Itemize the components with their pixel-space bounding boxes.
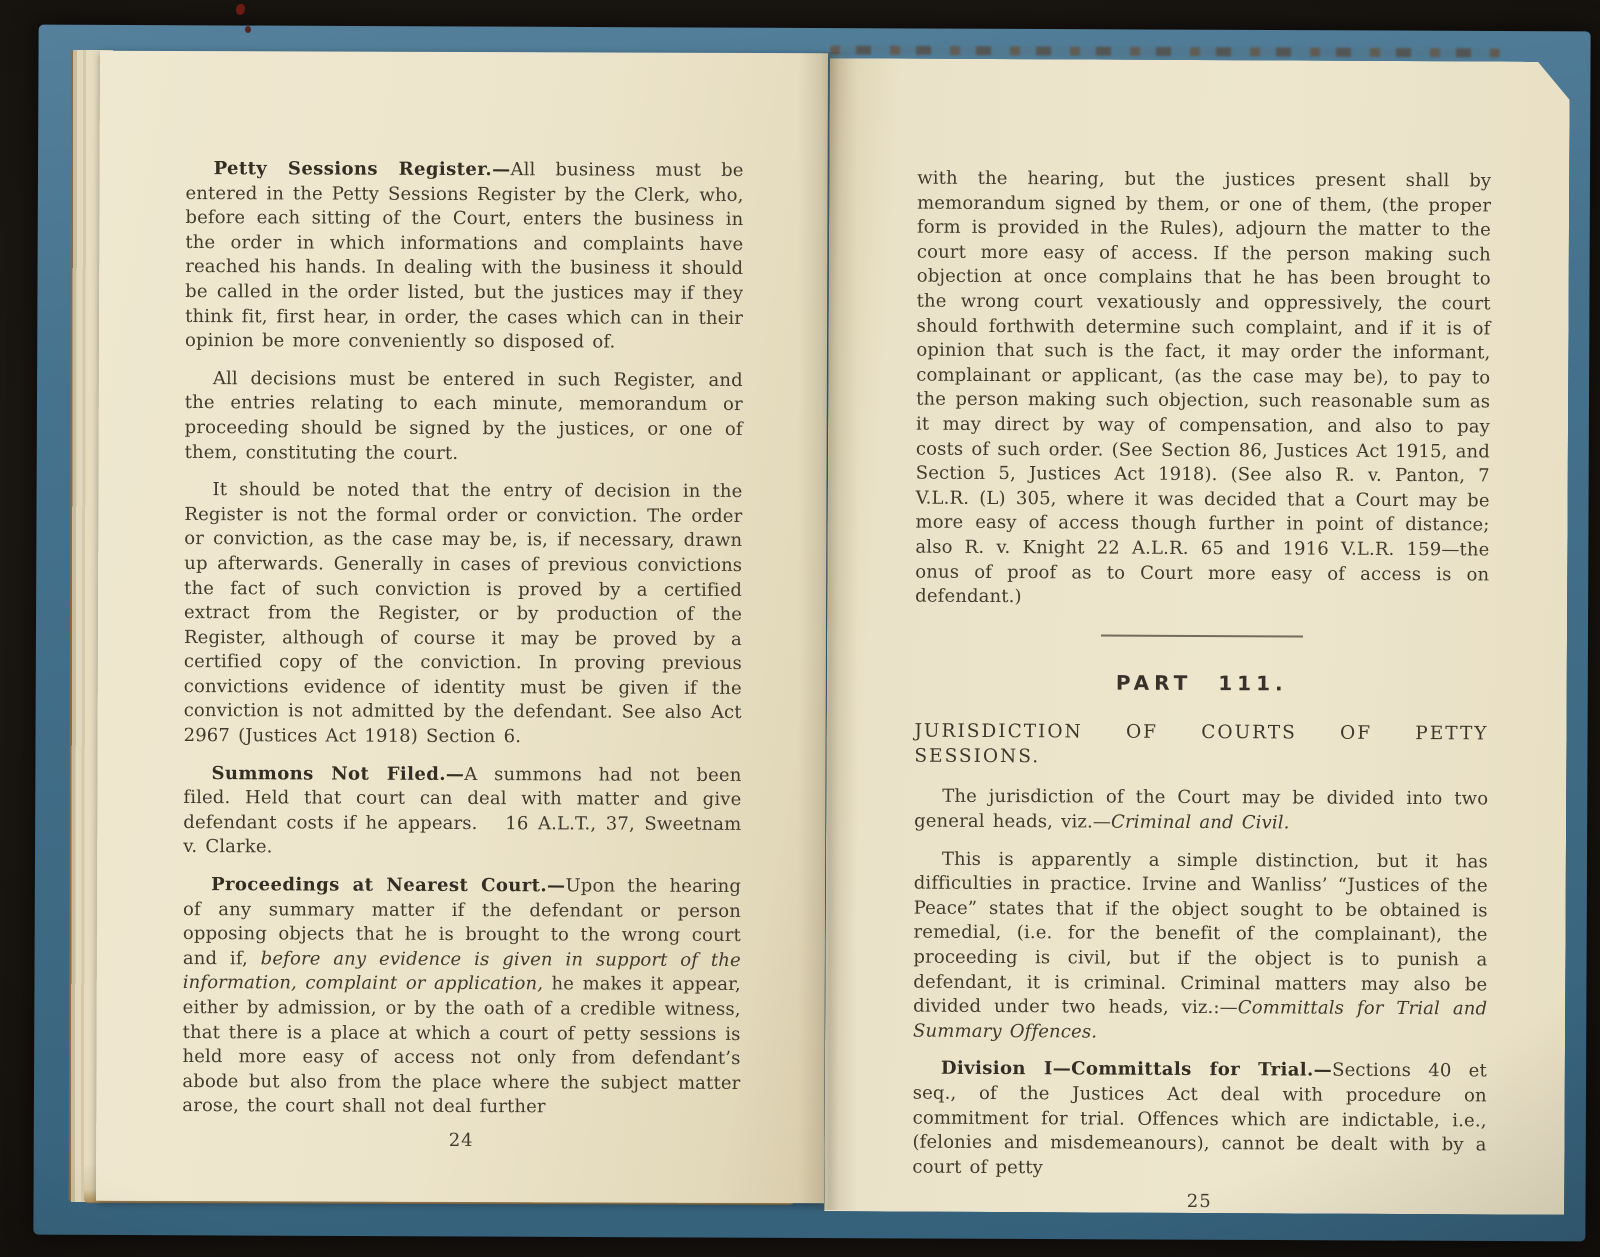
paragraph-lead-bold: Summons Not Filed.— <box>211 763 464 785</box>
paragraph-continuation-nearest-court: with the hearing, but the justices prese… <box>915 167 1491 612</box>
red-stain-speck <box>236 4 245 15</box>
paragraph-petty-sessions-register: Petty Sessions Register.—All business mu… <box>185 157 744 356</box>
paragraph-lead-bold: Division I—Committals for Trial.— <box>941 1058 1332 1081</box>
paragraph-body: All decisions must be entered in such Re… <box>185 368 743 464</box>
paragraph-summons-not-filed: Summons Not Filed.—A summons had not bee… <box>183 762 741 862</box>
red-stain-speck <box>245 26 251 33</box>
paragraph-lead-bold: Proceedings at Nearest Court.— <box>211 874 565 896</box>
gutter-shadow <box>798 52 858 1210</box>
paragraph-simple-distinction: This is apparently a simple distinction,… <box>913 847 1488 1047</box>
paragraph-division-committals: Division I—Committals for Trial.—Section… <box>912 1057 1487 1183</box>
paragraph-italic-phrase: Criminal and Civil. <box>1111 812 1290 834</box>
paragraph-lead-bold: Petty Sessions Register.— <box>214 158 511 180</box>
right-page: with the hearing, but the justices prese… <box>824 58 1570 1215</box>
paragraph-body: with the hearing, but the justices prese… <box>915 168 1491 608</box>
paragraph-body: It should be noted that the entry of dec… <box>184 479 743 747</box>
paragraph-entry-of-decision: It should be noted that the entry of dec… <box>184 478 743 750</box>
paragraph-body: All business must be entered in the Pett… <box>185 159 744 353</box>
section-divider-rule <box>1101 634 1303 637</box>
left-page: Petty Sessions Register.—All business mu… <box>96 51 828 1204</box>
right-page-text-column: with the hearing, but the justices prese… <box>912 167 1491 1217</box>
paragraph-proceedings-nearest-court: Proceedings at Nearest Court.—Upon the h… <box>182 873 741 1121</box>
jurisdiction-section-heading: JURISDICTION OF COURTS OF PETTY SESSIONS… <box>914 720 1488 772</box>
paragraph-body: he makes it appear, either by admission,… <box>182 974 740 1118</box>
paragraph-body: This is apparently a simple distinction,… <box>913 848 1488 1018</box>
paragraph-jurisdiction-two-heads: The jurisdiction of the Court may be div… <box>914 785 1488 837</box>
left-page-text-column: Petty Sessions Register.—All business mu… <box>182 157 743 1155</box>
part-heading: PART 111. <box>915 669 1489 696</box>
paragraph-all-decisions: All decisions must be entered in such Re… <box>185 367 743 467</box>
page-number-left: 24 <box>182 1128 740 1155</box>
